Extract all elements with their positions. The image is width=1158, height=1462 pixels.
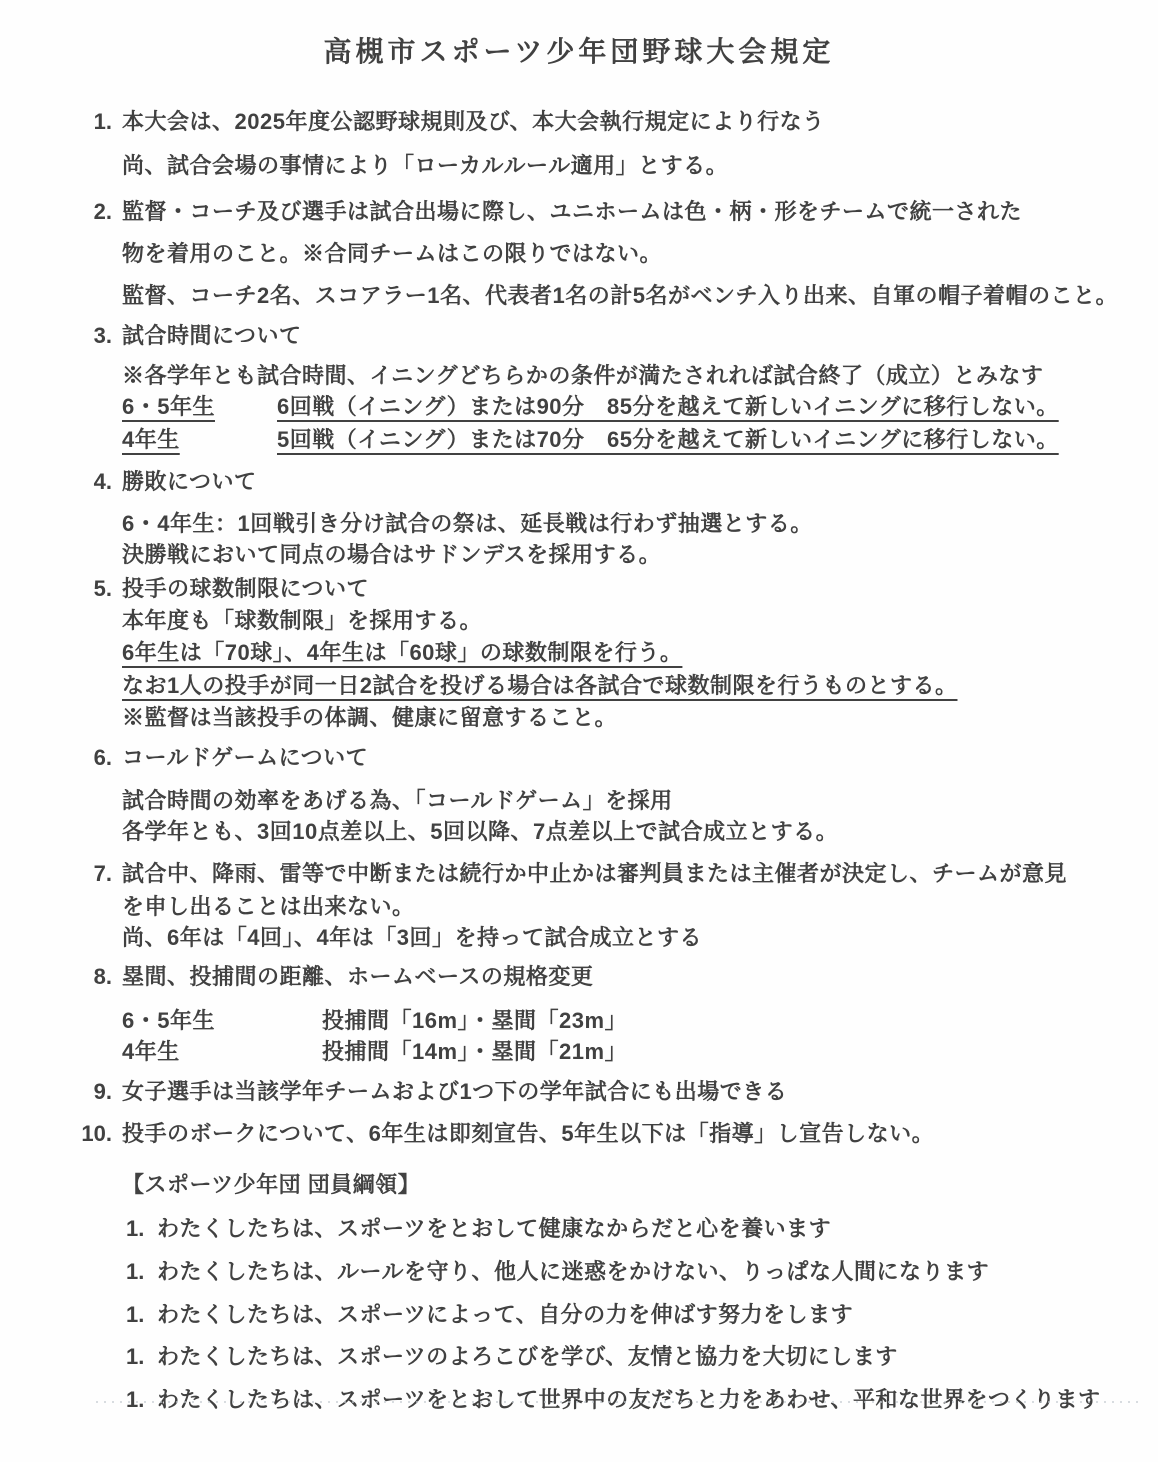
rule-5-line-3: 6年生は「70球」、4年生は「60球」の球数制限を行う。: [122, 638, 682, 668]
rule-5-text-3: 6年生は「70球」、4年生は「60球」の球数制限を行う。: [122, 640, 682, 665]
creed-item-2-number: 1.: [126, 1257, 157, 1287]
rule-7-line-1: 7.試合中、降雨、雷等で中断または続行か中止かは審判員または主催者が決定し、チー…: [60, 859, 1067, 889]
rule-4-line-1: 4.勝敗について: [60, 467, 257, 497]
creed-item-3-text: わたくしたちは、スポーツによって、自分の力を伸ばす努力をします: [157, 1302, 853, 1327]
creed-item-5-number: 1.: [126, 1385, 157, 1415]
scan-artifact-line: [96, 1401, 1140, 1403]
rule-3-row-1: 6・5年生6回戦（イニング）または90分 85分を越えて新しいイニングに移行しな…: [122, 392, 1059, 422]
document-page: 高槻市スポーツ少年団野球大会規定 1.本大会は、2025年度公認野球規則及び、本…: [0, 0, 1158, 1462]
rule-7-text-1: 試合中、降雨、雷等で中断または続行か中止かは審判員または主催者が決定し、チームが…: [122, 861, 1067, 886]
rule-8-row-1: 6・5年生投捕間「16m」・塁間「23m」: [122, 1006, 627, 1036]
creed-item-1: 1.わたくしたちは、スポーツをとおして健康なからだと心を養います: [126, 1214, 831, 1244]
rule-5-text-5: ※監督は当該投手の体調、健康に留意すること。: [122, 705, 617, 730]
creed-heading: 【スポーツ少年団 団員綱領】: [122, 1170, 420, 1200]
rule-6-number: 6.: [60, 743, 112, 773]
creed-item-1-number: 1.: [126, 1214, 157, 1244]
creed-item-5-text: わたくしたちは、スポーツをとおして世界中の友だちと力をあわせ、平和な世界をつくり…: [157, 1387, 1100, 1412]
rule-10-text-1: 投手のボークについて、6年生は即刻宣告、5年生以下は「指導」し宣告しない。: [122, 1121, 934, 1146]
creed-item-4-text: わたくしたちは、スポーツのよろこびを学び、友情と協力を大切にします: [157, 1344, 898, 1369]
rule-3-row-1-label-cell: 6・5年生: [122, 392, 277, 422]
rule-9-line-1: 9.女子選手は当該学年チームおよび1つ下の学年試合にも出場できる: [60, 1077, 787, 1107]
rule-6-text-3: 各学年とも、3回10点差以上、5回以降、7点差以上で試合成立とする。: [122, 819, 838, 844]
rule-2-text-1: 監督・コーチ及び選手は試合出場に際し、ユニホームは色・柄・形をチームで統一された: [122, 199, 1022, 224]
rule-4-number: 4.: [60, 467, 112, 497]
rule-3-row-1-text: 6回戦（イニング）または90分 85分を越えて新しいイニングに移行しない。: [277, 394, 1059, 419]
rule-3-row-2: 4年生5回戦（イニング）または70分 65分を越えて新しいイニングに移行しない。: [122, 425, 1059, 455]
rule-9-text-1: 女子選手は当該学年チームおよび1つ下の学年試合にも出場できる: [122, 1079, 787, 1104]
rule-7-line-3: 尚、6年は「4回」、4年は「3回」を持って試合成立とする: [122, 923, 702, 953]
rule-5-line-5: ※監督は当該投手の体調、健康に留意すること。: [122, 703, 617, 733]
rule-3-note-text: ※各学年とも試合時間、イニングどちらかの条件が満たされれば試合終了（成立）とみな…: [122, 363, 1043, 388]
rule-2-line-2: 物を着用のこと。※合同チームはこの限りではない。: [122, 239, 662, 269]
creed-item-2: 1.わたくしたちは、ルールを守り、他人に迷惑をかけない、りっぱな人間になります: [126, 1257, 989, 1287]
rule-7-number: 7.: [60, 859, 112, 889]
rule-1-number: 1.: [60, 107, 112, 137]
rule-4-text-3: 決勝戦において同点の場合はサドンデスを採用する。: [122, 542, 661, 567]
rule-3-heading: 試合時間について: [122, 323, 302, 348]
rule-10-line-1: 10.投手のボークについて、6年生は即刻宣告、5年生以下は「指導」し宣告しない。: [60, 1119, 934, 1149]
rule-3-line-1: 3.試合時間について: [60, 321, 302, 351]
rule-7-text-3: 尚、6年は「4回」、4年は「3回」を持って試合成立とする: [122, 925, 702, 950]
rule-8-row-1-text: 投捕間「16m」・塁間「23m」: [322, 1008, 627, 1033]
rule-8-row-1-label-cell: 6・5年生: [122, 1006, 322, 1036]
creed-item-2-text: わたくしたちは、ルールを守り、他人に迷惑をかけない、りっぱな人間になります: [157, 1259, 989, 1284]
rule-3-row-2-text: 5回戦（イニング）または70分 65分を越えて新しいイニングに移行しない。: [277, 427, 1059, 452]
rule-3-row-2-label: 4年生: [122, 427, 180, 452]
rule-4-line-3: 決勝戦において同点の場合はサドンデスを採用する。: [122, 540, 661, 570]
rule-8-line-1: 8.塁間、投捕間の距離、ホームベースの規格変更: [60, 962, 593, 992]
rule-2-text-2: 物を着用のこと。※合同チームはこの限りではない。: [122, 241, 662, 266]
rule-6-line-3: 各学年とも、3回10点差以上、5回以降、7点差以上で試合成立とする。: [122, 817, 838, 847]
rule-1-line-2: 尚、試合会場の事情により「ローカルルール適用」とする。: [122, 151, 728, 181]
rule-9-number: 9.: [60, 1077, 112, 1107]
rule-7-text-2: を申し出ることは出来ない。: [122, 894, 415, 919]
rule-6-text-2: 試合時間の効率をあげる為、「コールドゲーム」を採用: [122, 788, 673, 813]
rule-4-heading: 勝敗について: [122, 469, 257, 494]
rule-5-line-4: なお1人の投手が同一日2試合を投げる場合は各試合で球数制限を行うものとする。: [122, 671, 957, 701]
rule-8-number: 8.: [60, 962, 112, 992]
rule-1-text-2: 尚、試合会場の事情により「ローカルルール適用」とする。: [122, 153, 728, 178]
rule-1-text-1: 本大会は、2025年度公認野球規則及び、本大会執行規定により行なう: [122, 109, 825, 134]
rule-2-line-1: 2.監督・コーチ及び選手は試合出場に際し、ユニホームは色・柄・形をチームで統一さ…: [60, 197, 1022, 227]
rule-5-heading: 投手の球数制限について: [122, 576, 369, 601]
rule-6-line-1: 6.コールドゲームについて: [60, 743, 368, 773]
rule-4-text-2: 6・4年生：1回戦引き分け試合の祭は、延長戦は行わず抽選とする。: [122, 511, 813, 536]
rule-8-row-2-label: 4年生: [122, 1039, 180, 1064]
rule-2-number: 2.: [60, 197, 112, 227]
rule-5-line-2: 本年度も「球数制限」を採用する。: [122, 606, 482, 636]
creed-item-1-text: わたくしたちは、スポーツをとおして健康なからだと心を養います: [157, 1216, 831, 1241]
rule-8-row-2: 4年生投捕間「14m」・塁間「21m」: [122, 1037, 627, 1067]
creed-item-3: 1.わたくしたちは、スポーツによって、自分の力を伸ばす努力をします: [126, 1300, 853, 1330]
rule-8-row-1-label: 6・5年生: [122, 1008, 215, 1033]
rule-3-row-1-label: 6・5年生: [122, 394, 215, 419]
creed-item-4-number: 1.: [126, 1342, 157, 1372]
rule-6-heading: コールドゲームについて: [122, 745, 368, 770]
rule-3-note: ※各学年とも試合時間、イニングどちらかの条件が満たされれば試合終了（成立）とみな…: [122, 361, 1043, 391]
rule-3-number: 3.: [60, 321, 112, 351]
rule-8-heading: 塁間、投捕間の距離、ホームベースの規格変更: [122, 964, 593, 989]
creed-heading-text: 【スポーツ少年団 団員綱領】: [122, 1172, 420, 1197]
creed-item-3-number: 1.: [126, 1300, 157, 1330]
rule-8-row-2-text: 投捕間「14m」・塁間「21m」: [322, 1039, 627, 1064]
document-title: 高槻市スポーツ少年団野球大会規定: [0, 30, 1158, 70]
rule-2-line-3: 監督、コーチ2名、スコアラー1名、代表者1名の計5名がベンチ入り出来、自軍の帽子…: [122, 281, 1118, 311]
rule-3-row-2-label-cell: 4年生: [122, 425, 277, 455]
rule-6-line-2: 試合時間の効率をあげる為、「コールドゲーム」を採用: [122, 786, 673, 816]
creed-item-4: 1.わたくしたちは、スポーツのよろこびを学び、友情と協力を大切にします: [126, 1342, 898, 1372]
rule-5-text-4: なお1人の投手が同一日2試合を投げる場合は各試合で球数制限を行うものとする。: [122, 673, 957, 698]
rule-5-line-1: 5.投手の球数制限について: [60, 574, 369, 604]
rule-1-line-1: 1.本大会は、2025年度公認野球規則及び、本大会執行規定により行なう: [60, 107, 825, 137]
rule-7-line-2: を申し出ることは出来ない。: [122, 892, 415, 922]
rule-4-line-2: 6・4年生：1回戦引き分け試合の祭は、延長戦は行わず抽選とする。: [122, 509, 813, 539]
rule-8-row-2-label-cell: 4年生: [122, 1037, 322, 1067]
creed-item-5: 1.わたくしたちは、スポーツをとおして世界中の友だちと力をあわせ、平和な世界をつ…: [126, 1385, 1100, 1415]
rule-2-text-3: 監督、コーチ2名、スコアラー1名、代表者1名の計5名がベンチ入り出来、自軍の帽子…: [122, 283, 1118, 308]
rule-5-text-2: 本年度も「球数制限」を採用する。: [122, 608, 482, 633]
rule-5-number: 5.: [60, 574, 112, 604]
rule-10-number: 10.: [60, 1119, 112, 1149]
